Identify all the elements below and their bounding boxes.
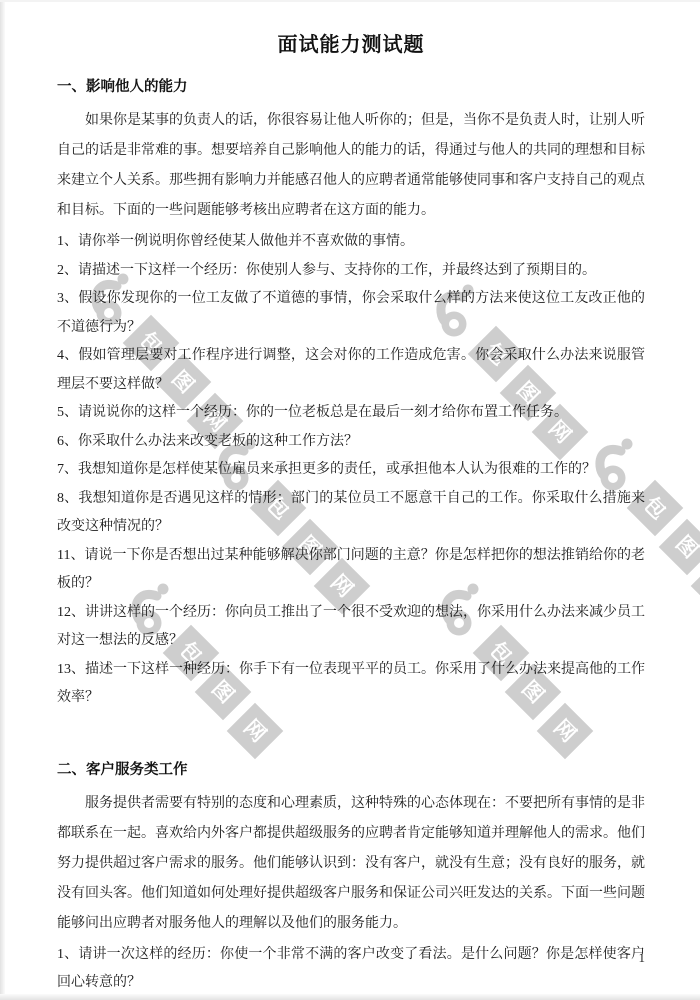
question-item: 11、请说一下你是否想出过某种能够解决你部门问题的主意？你是怎样把你的想法推销给… [57, 542, 645, 599]
section-heading: 一、影响他人的能力 [57, 74, 645, 100]
document-page: { "page": { "title": "面试能力测试题", "page_nu… [0, 0, 700, 1000]
question-item: 5、请说说你的这样一个经历：你的一位老板总是在最后一刻才给你布置工作任务。 [57, 399, 645, 428]
question-item: 13、描述一下这样一种经历：你手下有一位表现平平的员工。你采用了什么办法来提高他… [57, 656, 645, 713]
page-edge-bottom [0, 994, 700, 1000]
question-item: 7、我想知道你是怎样使某位雇员来承担更多的责任，或承担他本人认为很难的工作的？ [57, 456, 645, 485]
page-number: 1 [639, 950, 646, 966]
question-item: 3、假设你发现你的一位工友做了不道德的事情，你会采取什么样的方法来使这位工友改正… [57, 285, 645, 342]
page-title: 面试能力测试题 [57, 30, 645, 60]
page-edge-left [0, 0, 5, 1000]
sections-container: 一、影响他人的能力如果你是某事的负责人的话，你很容易让他人听你的；但是，当你不是… [57, 74, 645, 998]
question-item: 1、请讲一次这样的经历：你使一个非常不满的客户改变了看法。是什么问题？你是怎样使… [57, 941, 645, 998]
question-item: 12、讲讲这样的一个经历：你向员工推出了一个很不受欢迎的想法，你采用什么办法来减… [57, 599, 645, 656]
section-intro: 如果你是某事的负责人的话，你很容易让他人听你的；但是，当你不是负责人时，让别人听… [57, 106, 645, 226]
question-item: 4、假如管理层要对工作程序进行调整，这会对你的工作造成危害。你会采取什么办法来说… [57, 342, 645, 399]
question-item: 8、我想知道你是否遇见这样的情形：部门的某位员工不愿意干自己的工作。你采取什么措… [57, 485, 645, 542]
section-intro: 服务提供者需要有特别的态度和心理素质，这种特殊的心态体现在：不要把所有事情的是非… [57, 789, 645, 939]
question-item: 1、请你举一例说明你曾经使某人做他并不喜欢做的事情。 [57, 228, 645, 257]
section-heading: 二、客户服务类工作 [57, 757, 645, 783]
document-content: 面试能力测试题 一、影响他人的能力如果你是某事的负责人的话，你很容易让他人听你的… [57, 30, 645, 998]
watermark-diamond: 网 [691, 558, 700, 615]
watermark-char: 图 [672, 532, 700, 562]
watermark-diamond: 图 [659, 519, 700, 576]
page-edge-top [0, 0, 700, 2]
question-item: 2、请描述一下这样一个经历：你使别人参与、支持你的工作，并最终达到了预期目的。 [57, 257, 645, 286]
question-item: 6、你采取什么办法来改变老板的这种工作方法？ [57, 428, 645, 457]
